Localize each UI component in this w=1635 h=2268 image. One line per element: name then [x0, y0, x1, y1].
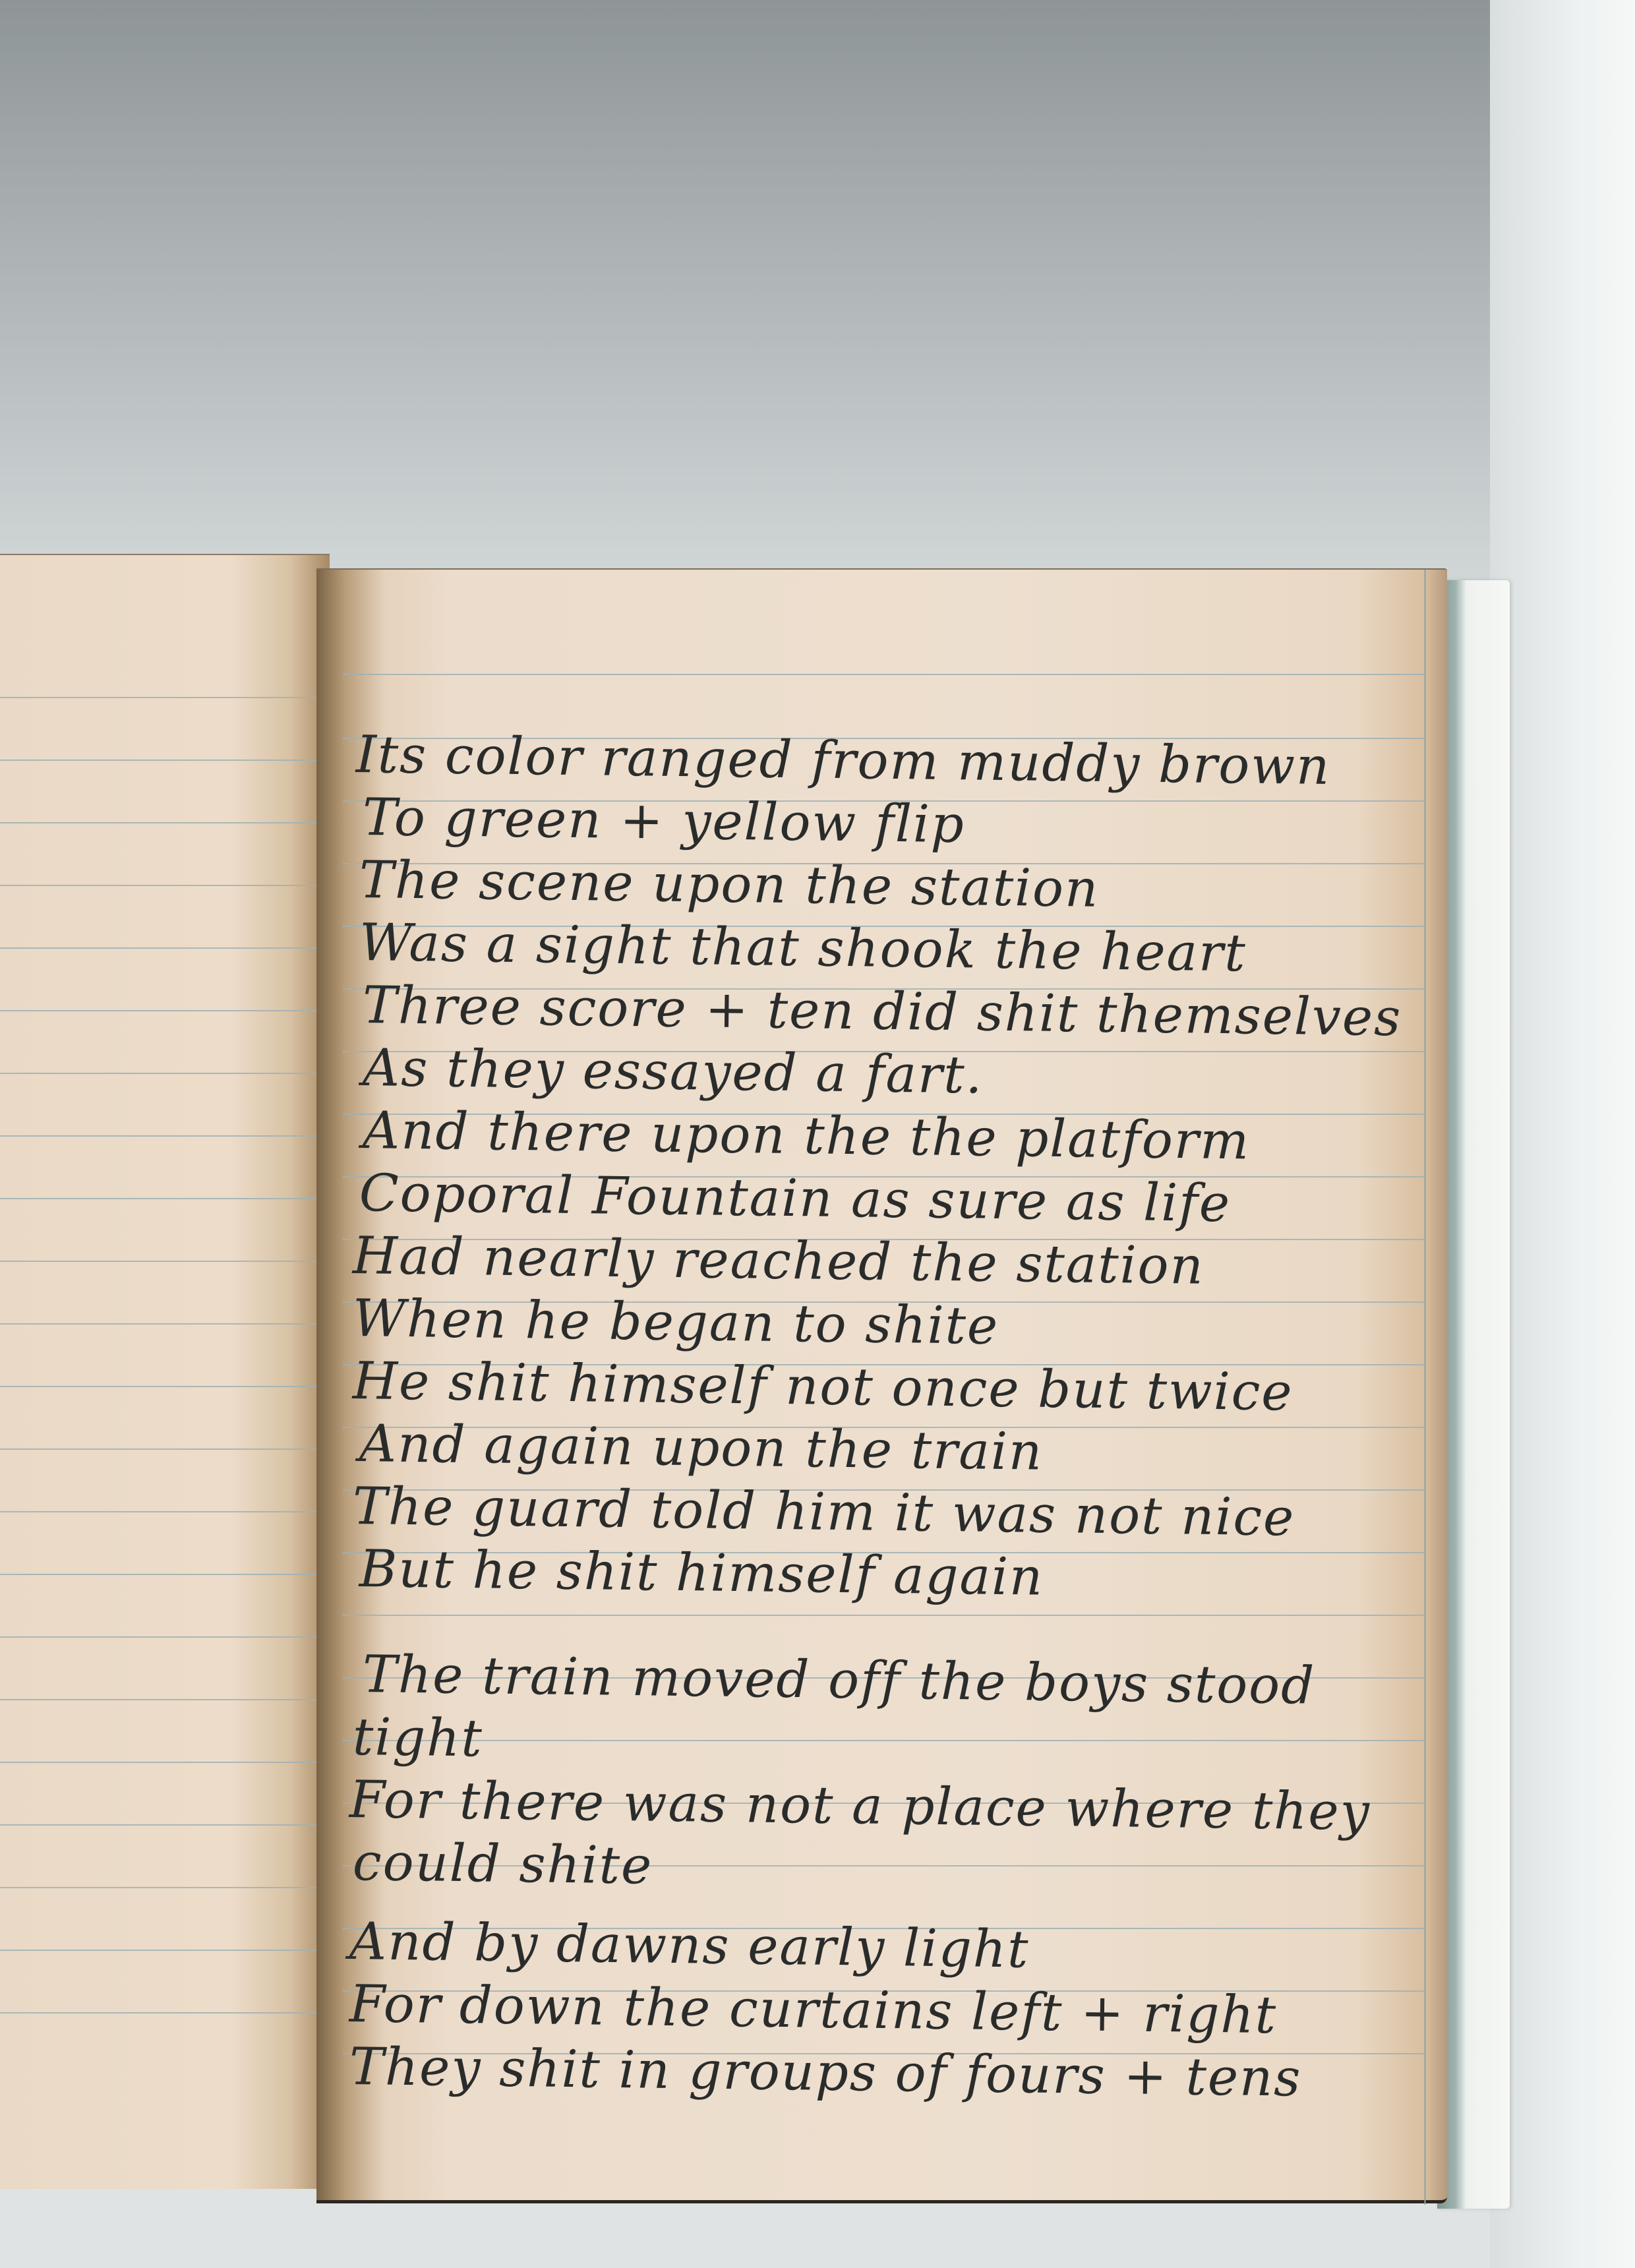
scan-backdrop [1490, 0, 1635, 2268]
verse-line: The guard told him it was not nice [352, 1477, 1295, 1547]
left-page [0, 554, 330, 2189]
ruled-line [0, 822, 330, 823]
open-notebook: Its color ranged from muddy brown To gre… [0, 554, 1510, 2222]
verse-line: Coporal Fountain as sure as life [359, 1164, 1231, 1234]
verse-line: And by dawns early light [349, 1912, 1030, 1980]
verse-line: And again upon the train [359, 1414, 1043, 1482]
ruled-line [343, 674, 1424, 675]
ruled-line [0, 1010, 330, 1011]
ruled-line [0, 1887, 330, 1888]
ruled-line [0, 1323, 330, 1325]
verse-line: Its color ranged from muddy brown [355, 725, 1330, 796]
verse-line: He shit himself not once but twice [352, 1352, 1293, 1422]
ruled-line [0, 1135, 330, 1137]
ruled-line [0, 947, 330, 949]
verse-line: could shite [352, 1833, 653, 1896]
ruled-line [0, 1824, 330, 1826]
verse-line: The train moved off the boys stood [362, 1645, 1315, 1716]
verse-line: To green + yellow flip [362, 788, 965, 854]
verse-line: The scene upon the station [359, 850, 1099, 919]
ruled-line [0, 1511, 330, 1512]
ruled-line [0, 1762, 330, 1763]
ruled-line [0, 697, 330, 698]
verse-line: As they essayed a fart. [362, 1038, 984, 1105]
ruled-line [0, 1699, 330, 1700]
verse-line: But he shit himself again [359, 1539, 1044, 1607]
ruled-line [0, 2012, 330, 2014]
ruled-line [0, 760, 330, 761]
ruled-line [0, 1950, 330, 1951]
ruled-line [0, 1261, 330, 1262]
ruled-line [343, 1615, 1424, 1616]
verse-line: Three score + ten did shit themselves [362, 976, 1402, 1048]
ruled-line [0, 885, 330, 886]
verse-line: Had nearly reached the station [352, 1226, 1204, 1296]
ruled-line [0, 1574, 330, 1575]
verse-line: For down the curtains left + right [349, 1975, 1277, 2045]
ruled-line [0, 1636, 330, 1638]
verse-line: For there was not a place where they [349, 1770, 1371, 1842]
verse-line: tight [352, 1708, 483, 1768]
ruled-line [0, 1198, 330, 1199]
verse-line: And there upon the the platform [362, 1101, 1250, 1171]
page-edge-line [1424, 570, 1426, 2205]
verse-line: They shit in groups of fours + tens [349, 2037, 1301, 2108]
verse-line: Was a sight that shook the heart [359, 913, 1247, 983]
verse-line: When he began to shite [352, 1289, 999, 1356]
ruled-line [0, 1448, 330, 1450]
notebook-cover-edge [1437, 580, 1510, 2209]
ruled-line [0, 1386, 330, 1387]
ruled-line [343, 1740, 1424, 1741]
ruled-line [0, 1073, 330, 1074]
